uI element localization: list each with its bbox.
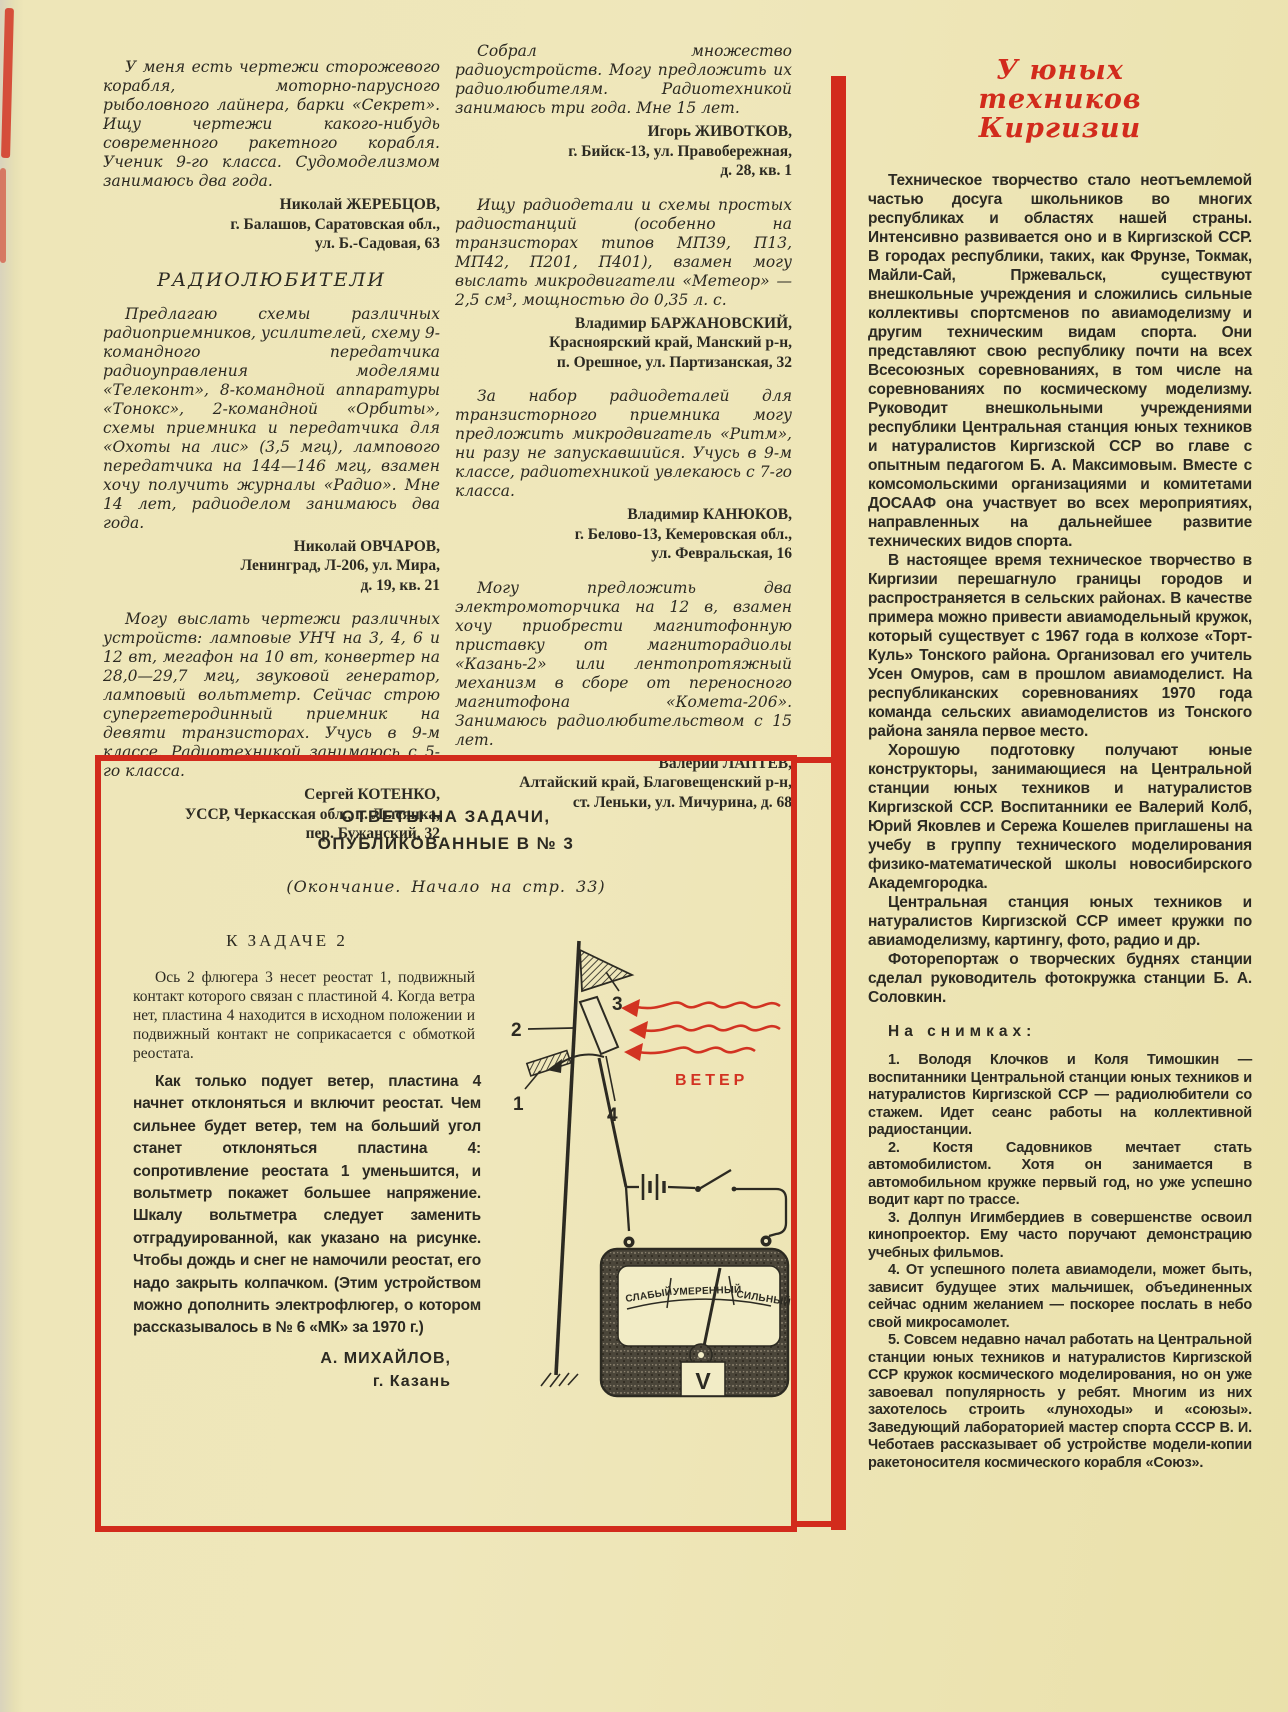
- article-column: У юных техников Киргизии Техническое тво…: [868, 56, 1252, 1472]
- letter-paragraph: У меня есть чертежи сторожевого корабля,…: [103, 58, 440, 191]
- article-paragraph: В настоящее время техническое творчество…: [868, 551, 1252, 741]
- letter-paragraph: Предлагаю схемы различных радиоприемнико…: [103, 305, 440, 533]
- flag-number: 3: [612, 994, 623, 1015]
- letter-paragraph: Могу предложить два электромоторчика на …: [455, 579, 792, 750]
- answers-box: ОТВЕТЫ НА ЗАДАЧИ, ОПУБЛИКОВАННЫЕ В № 3 (…: [95, 755, 797, 1532]
- answers-box-title: ОТВЕТЫ НА ЗАДАЧИ, ОПУБЛИКОВАННЫЕ В № 3: [101, 803, 791, 857]
- signature-line: г. Белово-13, Кемеровская обл.,: [455, 525, 792, 545]
- photo-caption: 4. От успешного полета авиамодели, может…: [868, 1262, 1252, 1332]
- article-title-line: У юных: [868, 56, 1252, 85]
- answer-paragraph: Ось 2 флюгера 3 несет реостат 1, подвижн…: [133, 968, 475, 1063]
- switch-contact: [695, 1186, 701, 1192]
- article-paragraph: Техническое творчество стало неотъемлемо…: [868, 171, 1252, 551]
- signature-line: Ленинград, Л-206, ул. Мира,: [103, 556, 440, 576]
- photo-caption: 1. Володя Клочков и Коля Тимошкин — восп…: [868, 1052, 1252, 1140]
- contact-rod: [599, 1058, 626, 1187]
- signature-line: Красноярский край, Манский р-н,: [455, 333, 792, 353]
- letters-column-2: Собрал множество радиоустройств. Могу пр…: [455, 42, 792, 827]
- signature-line: г. Казань: [133, 1370, 451, 1393]
- answers-title-line2: ОПУБЛИКОВАННЫЕ В № 3: [101, 830, 791, 857]
- signature-line: А. МИХАЙЛОВ,: [133, 1347, 451, 1370]
- letter-signature: Владимир БАРЖАНОВСКИЙ, Красноярский край…: [455, 314, 792, 373]
- signature-line: г. Балашов, Саратовская обл.,: [103, 215, 440, 235]
- red-frame-connector-top: [792, 757, 846, 763]
- signature-line: Владимир БАРЖАНОВСКИЙ,: [455, 314, 792, 334]
- letter-signature: Игорь ЖИВОТКОВ, г. Бийск-13, ул. Правобе…: [455, 122, 792, 181]
- signature-line: Игорь ЖИВОТКОВ,: [455, 122, 792, 142]
- answers-title-line1: ОТВЕТЫ НА ЗАДАЧИ,: [101, 803, 791, 830]
- red-column-rule: [831, 76, 846, 1530]
- task-heading: К ЗАДАЧЕ 2: [133, 931, 441, 951]
- wind-vane-diagram: 3 ВЕТЕР 4 2: [493, 859, 793, 1421]
- vane-pole: [556, 941, 579, 1375]
- voltmeter-unit: V: [695, 1368, 711, 1394]
- signature-line: д. 28, кв. 1: [455, 161, 792, 181]
- letter-paragraph: За набор радиодеталей для транзисторного…: [455, 387, 792, 501]
- axis-leader: [528, 1028, 573, 1029]
- answer-paragraph: Как только подует ветер, пластина 4 начн…: [133, 1071, 481, 1340]
- signature-line: ул. Февральская, 16: [455, 544, 792, 564]
- signature-line: г. Бийск-13, ул. Правобережная,: [455, 142, 792, 162]
- red-ink-streak: [0, 168, 6, 263]
- answer-signature: А. МИХАЙЛОВ, г. Казань: [133, 1347, 451, 1393]
- wind-label: ВЕТЕР: [675, 1072, 748, 1089]
- letters-column-1: У меня есть чертежи сторожевого корабля,…: [103, 58, 440, 859]
- signature-line: Владимир КАНЮКОВ,: [455, 505, 792, 525]
- letter-signature: Владимир КАНЮКОВ, г. Белово-13, Кемеровс…: [455, 505, 792, 564]
- letter-paragraph: Собрал множество радиоустройств. Могу пр…: [455, 42, 792, 118]
- signature-line: Николай ОВЧАРОВ,: [103, 537, 440, 557]
- magazine-page: У меня есть чертежи сторожевого корабля,…: [0, 0, 1288, 1712]
- signature-line: ул. Б.-Садовая, 63: [103, 234, 440, 254]
- article-title-line: Киргизии: [868, 114, 1252, 143]
- article-title: У юных техников Киргизии: [868, 56, 1252, 143]
- article-paragraph: Хорошую подготовку получают юные констру…: [868, 741, 1252, 893]
- signature-line: Николай ЖЕРЕБЦОВ,: [103, 195, 440, 215]
- battery-symbol: [643, 1174, 664, 1200]
- answer-text-column: К ЗАДАЧЕ 2 Ось 2 флюгера 3 несет реостат…: [133, 931, 481, 1393]
- section-heading-radio: РАДИОЛЮБИТЕЛИ: [103, 270, 440, 290]
- rheostat-number: 1: [513, 1094, 524, 1115]
- switch-contact: [732, 1187, 737, 1192]
- signature-line: д. 19, кв. 21: [103, 576, 440, 596]
- letter-paragraph: Ищу радиодетали и схемы простых радиоста…: [455, 196, 792, 310]
- photo-caption: 3. Долпун Игимбердиев в совершенстве осв…: [868, 1210, 1252, 1263]
- wind-arrows: [636, 1003, 780, 1053]
- signature-line: п. Орешное, ул. Партизанская, 32: [455, 353, 792, 373]
- rheostat: [527, 1051, 571, 1076]
- article-paragraph: Центральная станция юных техников и нату…: [868, 893, 1252, 950]
- ground-hatch: [541, 1373, 578, 1387]
- red-frame-connector-bottom: [792, 1521, 846, 1527]
- photos-heading: На снимках:: [868, 1022, 1252, 1041]
- axis-number: 2: [511, 1020, 522, 1041]
- circuit-wiring: [626, 1170, 786, 1236]
- article-paragraph: Фоторепортаж о творческих буднях станции…: [868, 950, 1252, 1007]
- letter-signature: Николай ЖЕРЕБЦОВ, г. Балашов, Саратовска…: [103, 195, 440, 254]
- vane-flag: [580, 950, 632, 991]
- photo-caption: 5. Совсем недавно начал работать на Цент…: [868, 1332, 1252, 1472]
- article-title-line: техников: [868, 85, 1252, 114]
- letter-signature: Николай ОВЧАРОВ, Ленинград, Л-206, ул. М…: [103, 537, 440, 596]
- photo-caption: 2. Костя Садовников мечтает стать автомо…: [868, 1140, 1252, 1210]
